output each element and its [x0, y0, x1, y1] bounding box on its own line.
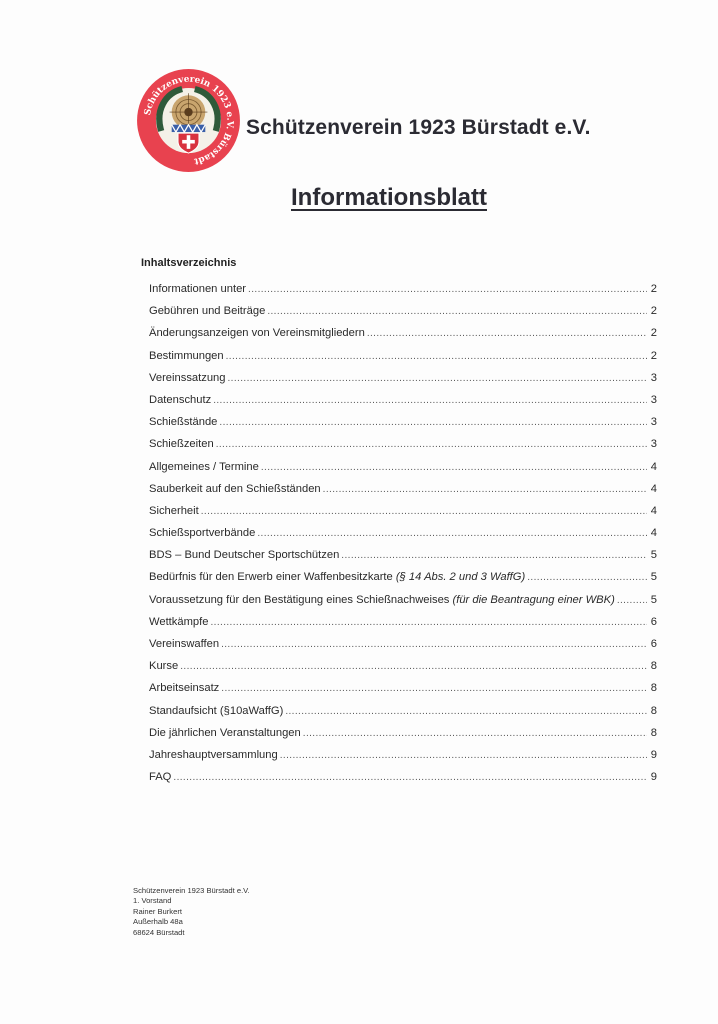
toc-entry[interactable]: Änderungsanzeigen von Vereinsmitgliedern… [149, 327, 657, 349]
toc-entry-label: Standaufsicht (§10aWaffG) [149, 705, 283, 717]
toc-entry-page: 5 [649, 571, 657, 583]
dot-leader [221, 683, 647, 694]
toc-entry[interactable]: Kurse8 [149, 660, 657, 682]
toc-entry-page: 3 [649, 438, 657, 450]
dot-leader [341, 550, 647, 561]
table-of-contents: Informationen unter2Gebühren und Beiträg… [149, 283, 657, 793]
footer-line: 1. Vorstand [133, 896, 250, 906]
toc-entry-page: 6 [649, 616, 657, 628]
dot-leader [219, 417, 647, 428]
toc-entry-label: FAQ [149, 771, 171, 783]
toc-entry-page: 8 [649, 705, 657, 717]
dot-leader [248, 284, 647, 295]
toc-entry-page: 2 [649, 283, 657, 295]
toc-entry-label: Jahreshauptversammlung [149, 749, 278, 761]
org-name: Schützenverein 1923 Bürstadt e.V. [246, 116, 591, 140]
toc-entry-label: Bedürfnis für den Erwerb einer Waffenbes… [149, 571, 525, 583]
toc-entry-page: 2 [649, 350, 657, 362]
toc-entry-label: Schießstände [149, 416, 217, 428]
toc-entry[interactable]: Informationen unter2 [149, 283, 657, 305]
toc-entry-page: 8 [649, 727, 657, 739]
toc-entry[interactable]: Sauberkeit auf den Schießständen4 [149, 483, 657, 505]
dot-leader [323, 484, 647, 495]
toc-heading: Inhaltsverzeichnis [141, 257, 236, 269]
toc-entry[interactable]: Schießzeiten 3 [149, 438, 657, 460]
toc-entry-page: 4 [649, 505, 657, 517]
toc-entry-page: 4 [649, 527, 657, 539]
toc-entry-page: 8 [649, 660, 657, 672]
toc-entry-page: 2 [649, 327, 657, 339]
dot-leader [367, 328, 647, 339]
dot-leader [228, 373, 648, 384]
toc-entry[interactable]: Vereinssatzung 3 [149, 372, 657, 394]
toc-entry-label: Wettkämpfe [149, 616, 208, 628]
toc-entry[interactable]: Schießstände 3 [149, 416, 657, 438]
toc-entry-label: Allgemeines / Termine [149, 461, 259, 473]
dot-leader [216, 439, 647, 450]
toc-entry[interactable]: Bestimmungen 2 [149, 350, 657, 372]
toc-entry-page: 3 [649, 394, 657, 406]
toc-entry-label: Arbeitseinsatz [149, 682, 219, 694]
footer-address: Schützenverein 1923 Bürstadt e.V.1. Vors… [133, 886, 250, 938]
toc-entry[interactable]: Bedürfnis für den Erwerb einer Waffenbes… [149, 571, 657, 593]
toc-entry[interactable]: FAQ9 [149, 771, 657, 793]
toc-entry-label: Sauberkeit auf den Schießständen [149, 483, 321, 495]
toc-entry[interactable]: Standaufsicht (§10aWaffG) 8 [149, 705, 657, 727]
toc-entry-label: Schießsportverbände [149, 527, 255, 539]
dot-leader [213, 395, 647, 406]
dot-leader [257, 528, 647, 539]
toc-entry[interactable]: Voraussetzung für den Bestätigung eines … [149, 594, 657, 616]
dot-leader [280, 750, 647, 761]
toc-entry[interactable]: BDS – Bund Deutscher Sportschützen5 [149, 549, 657, 571]
footer-line: Schützenverein 1923 Bürstadt e.V. [133, 886, 250, 896]
toc-entry[interactable]: Wettkämpfe 6 [149, 616, 657, 638]
toc-entry[interactable]: Gebühren und Beiträge2 [149, 305, 657, 327]
toc-entry[interactable]: Sicherheit4 [149, 505, 657, 527]
dot-leader [617, 595, 647, 606]
dot-leader [180, 661, 647, 672]
toc-entry-label: Die jährlichen Veranstaltungen [149, 727, 301, 739]
dot-leader [527, 572, 647, 583]
toc-entry-label: Sicherheit [149, 505, 199, 517]
toc-entry[interactable]: Schießsportverbände 4 [149, 527, 657, 549]
toc-entry[interactable]: Jahreshauptversammlung 9 [149, 749, 657, 771]
page-title: Informationsblatt [291, 184, 487, 212]
toc-entry[interactable]: Die jährlichen Veranstaltungen8 [149, 727, 657, 749]
toc-entry[interactable]: Vereinswaffen 6 [149, 638, 657, 660]
club-emblem-logo: Schützenverein 1923 e.V. Bürstadt [136, 68, 241, 173]
toc-entry-label: Schießzeiten [149, 438, 214, 450]
toc-entry-page: 6 [649, 638, 657, 650]
toc-entry[interactable]: Allgemeines / Termine 4 [149, 461, 657, 483]
toc-entry-label: Informationen unter [149, 283, 246, 295]
dot-leader [221, 639, 647, 650]
toc-entry-page: 9 [649, 771, 657, 783]
footer-line: Außerhalb 48a [133, 917, 250, 927]
dot-leader [210, 617, 647, 628]
dot-leader [173, 772, 647, 783]
toc-entry[interactable]: Arbeitseinsatz8 [149, 682, 657, 704]
toc-entry-label: Datenschutz [149, 394, 211, 406]
dot-leader [226, 351, 647, 362]
toc-entry-page: 4 [649, 461, 657, 473]
footer-line: 68624 Bürstadt [133, 928, 250, 938]
toc-entry-page: 5 [649, 594, 657, 606]
dot-leader [201, 506, 647, 517]
dot-leader [261, 462, 647, 473]
toc-entry-page: 5 [649, 549, 657, 561]
toc-entry-label: Vereinswaffen [149, 638, 219, 650]
dot-leader [303, 728, 647, 739]
toc-entry[interactable]: Datenschutz3 [149, 394, 657, 416]
toc-entry-label: Gebühren und Beiträge [149, 305, 265, 317]
dot-leader [285, 706, 647, 717]
toc-entry-page: 3 [649, 416, 657, 428]
toc-entry-page: 2 [649, 305, 657, 317]
toc-entry-label: Vereinssatzung [149, 372, 226, 384]
dot-leader [267, 306, 647, 317]
toc-entry-page: 9 [649, 749, 657, 761]
toc-entry-page: 8 [649, 682, 657, 694]
footer-line: Rainer Burkert [133, 907, 250, 917]
toc-entry-page: 3 [649, 372, 657, 384]
toc-entry-label: Bestimmungen [149, 350, 224, 362]
toc-entry-page: 4 [649, 483, 657, 495]
toc-entry-label: Kurse [149, 660, 178, 672]
toc-entry-label: Voraussetzung für den Bestätigung eines … [149, 594, 615, 606]
toc-entry-label: Änderungsanzeigen von Vereinsmitgliedern [149, 327, 365, 339]
toc-entry-label: BDS – Bund Deutscher Sportschützen [149, 549, 339, 561]
